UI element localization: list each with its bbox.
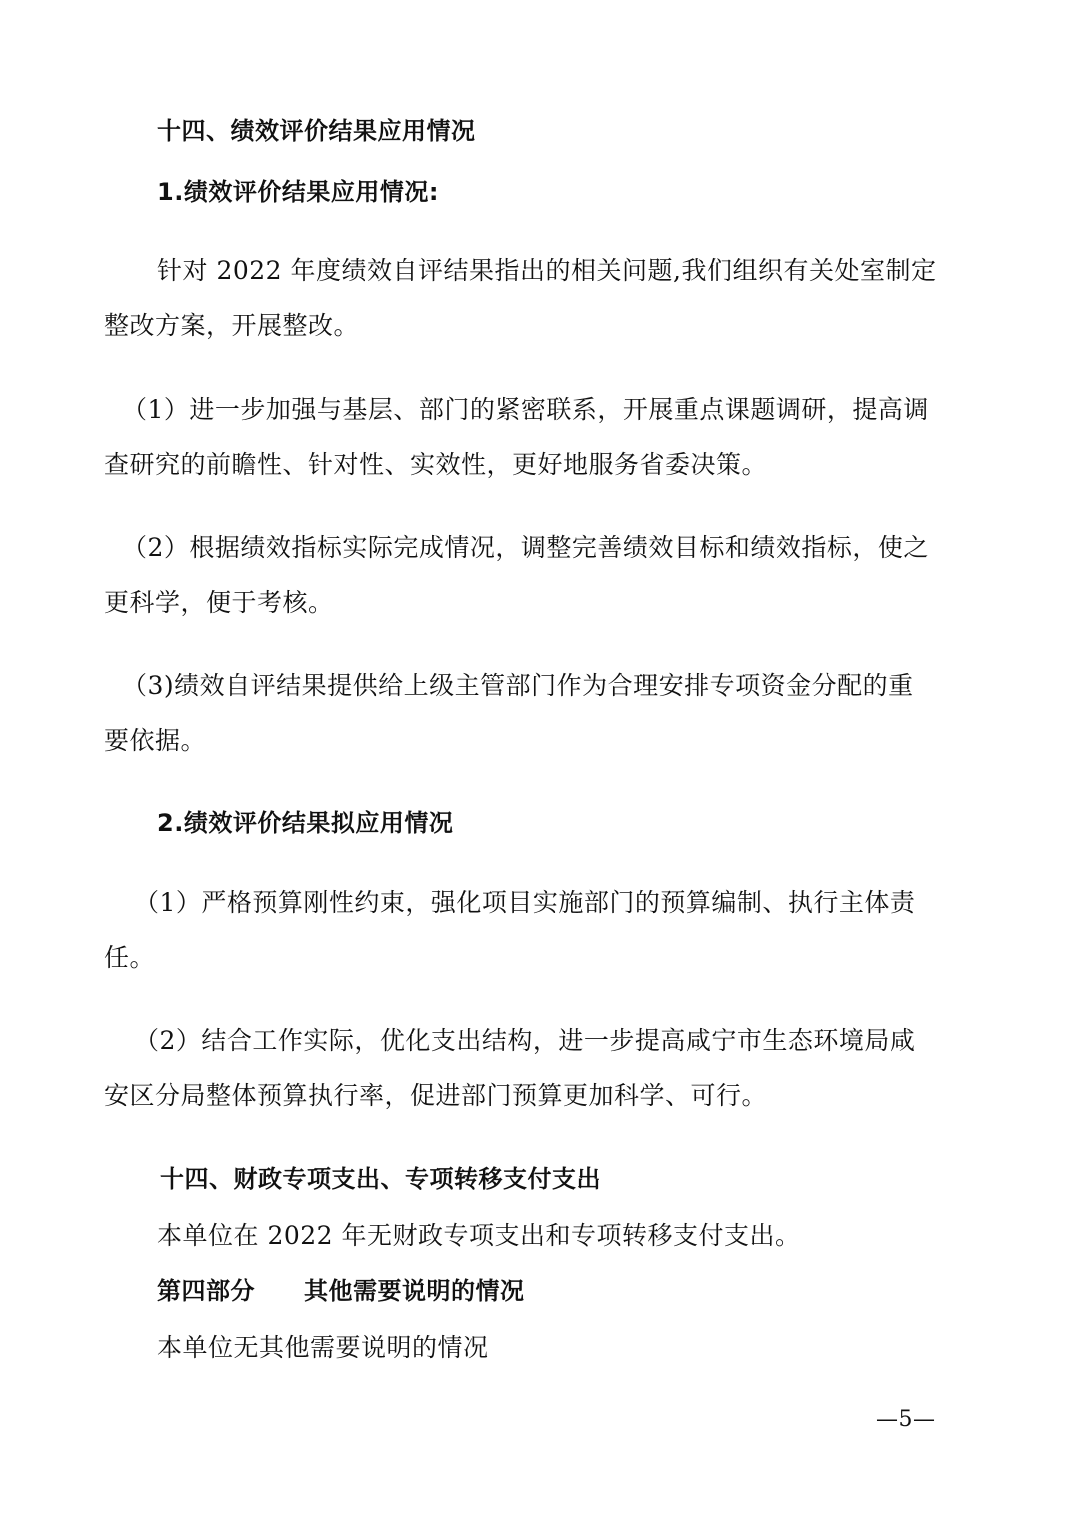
subheading-results-application: 1.绩效评价结果应用情况: [157,175,439,209]
intro-line-1: 针对 2022 年度绩效自评结果指出的相关问题,我们组织有关处室制定 [157,254,936,288]
item-1-line-2: 查研究的前瞻性、针对性、实效性，更好地服务省委决策。 [104,448,767,482]
page-number: —5— [876,1403,936,1437]
subheading-planned-application: 2.绩效评价结果拟应用情况 [157,806,453,840]
part4-body: 本单位无其他需要说明的情况 [157,1331,489,1365]
item-3-line-1: （3)绩效自评结果提供给上级主管部门作为合理安排专项资金分配的重 [122,669,914,703]
item-1-line-1: （1）进一步加强与基层、部门的紧密联系，开展重点课题调研，提高调 [122,393,929,427]
item-2-line-2: 更科学，便于考核。 [104,586,334,620]
intro-line-2: 整改方案，开展整改。 [104,309,359,343]
plan-item-1-line-1: （1）严格预算刚性约束，强化项目实施部门的预算编制、执行主体责 [134,886,915,920]
plan-item-2-line-1: （2）结合工作实际，优化支出结构，进一步提高咸宁市生态环境局咸 [134,1024,915,1058]
part4-heading: 第四部分 其他需要说明的情况 [157,1274,525,1308]
item-3-line-2: 要依据。 [104,724,206,758]
plan-item-1-line-2: 任。 [104,941,155,975]
plan-item-2-line-2: 安区分局整体预算执行率，促进部门预算更加科学、可行。 [104,1079,767,1113]
section-heading-performance-results: 十四、绩效评价结果应用情况 [157,114,476,148]
section-heading-special-expenditure: 十四、财政专项支出、专项转移支付支出 [160,1162,601,1196]
special-expenditure-body: 本单位在 2022 年无财政专项支出和专项转移支付支出。 [157,1219,801,1253]
item-2-line-1: （2）根据绩效指标实际完成情况，调整完善绩效目标和绩效指标，使之 [122,531,929,565]
